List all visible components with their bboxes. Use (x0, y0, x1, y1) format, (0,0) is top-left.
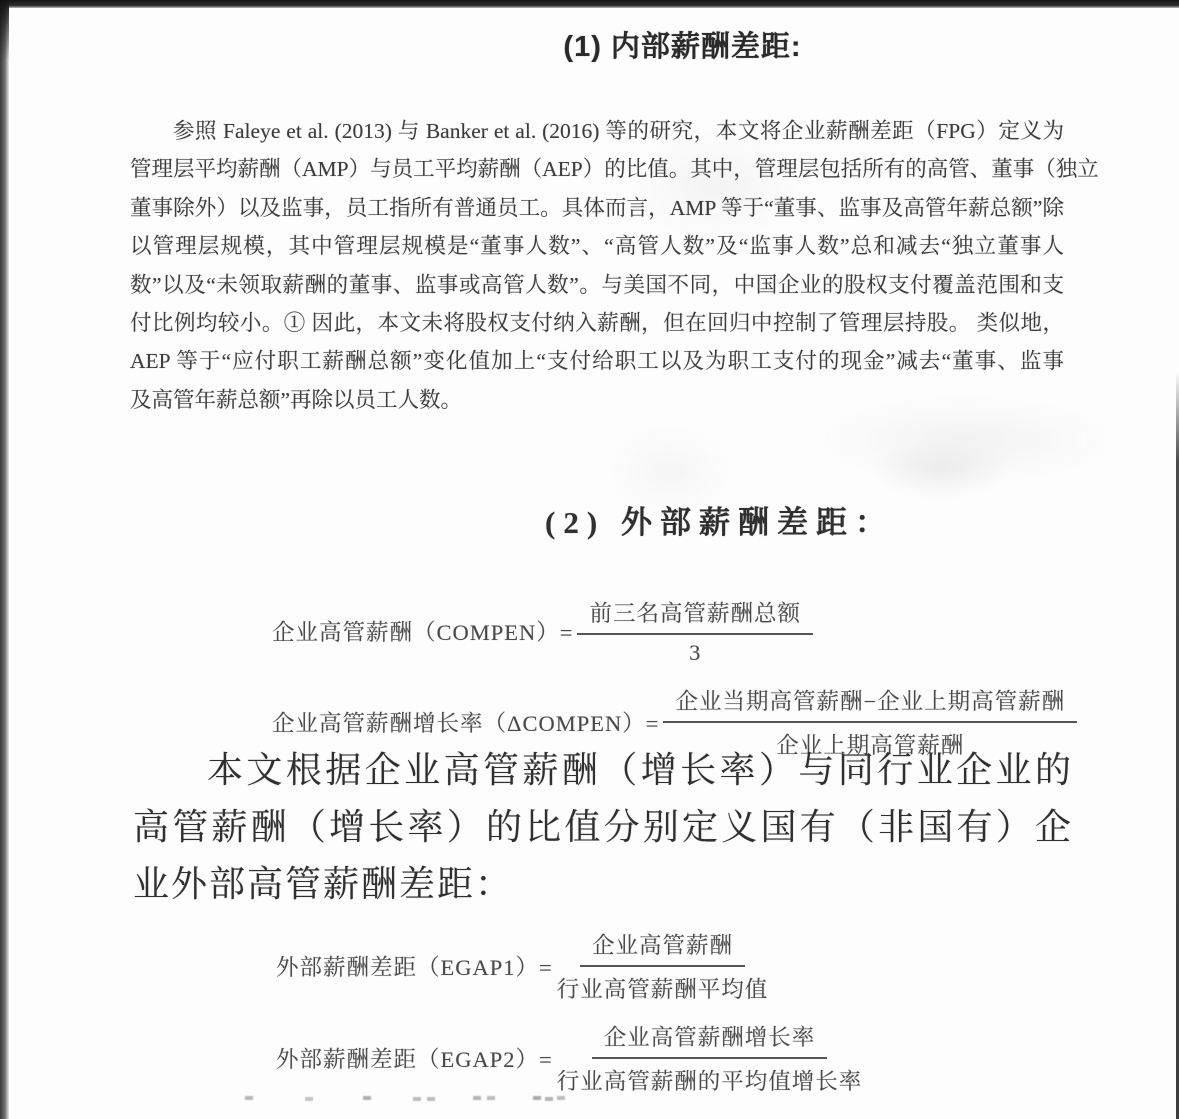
statement-external-gap-definition: 本文根据企业高管薪酬（增长率）与同行业企业的 高管薪酬（增长率）的比值分别定义国… (133, 742, 1073, 913)
fraction-denominator: 3 (689, 635, 701, 666)
fraction-denominator: 行业高管薪酬平均值 (557, 967, 769, 1004)
paragraph-internal-pay-gap: 参照 Faleye et al. (2013) 与 Banker et al. … (130, 112, 1064, 419)
formula-label: 外部薪酬差距（EGAP1）= (276, 950, 553, 982)
paragraph-line: 数”以及“未领取薪酬的董事、监事或高管人数”。与美国不同，中国企业的股权支付覆盖… (130, 266, 1064, 304)
formula-label: 外部薪酬差距（EGAP2）= (276, 1042, 553, 1074)
paragraph-line: 董事除外）以及监事，员工指所有普通员工。具体而言，AMP 等于“董事、监事及高管… (130, 189, 1064, 227)
fraction-numerator: 前三名高管薪酬总额 (577, 596, 813, 635)
formula-egap2: 外部薪酬差距（EGAP2）= 企业高管薪酬增长率 行业高管薪酬的平均值增长率 (276, 1020, 862, 1096)
paragraph-line: 管理层平均薪酬（AMP）与员工平均薪酬（AEP）的比值。其中，管理层包括所有的高… (130, 150, 1064, 188)
fraction: 企业高管薪酬 行业高管薪酬平均值 (557, 928, 769, 1004)
fraction: 前三名高管薪酬总额 3 (577, 596, 813, 666)
fraction-numerator: 企业高管薪酬 (580, 928, 745, 967)
cutoff-text-fragment (245, 1096, 253, 1100)
fraction-numerator: 企业高管薪酬增长率 (592, 1020, 828, 1059)
fraction-denominator: 行业高管薪酬的平均值增长率 (557, 1059, 863, 1096)
formula-label: 企业高管薪酬增长率（ΔCOMPEN）= (272, 706, 659, 738)
paragraph-line: 及高管年薪总额”再除以员工人数。 (130, 381, 1064, 419)
formula-egap1: 外部薪酬差距（EGAP1）= 企业高管薪酬 行业高管薪酬平均值 (276, 928, 768, 1004)
document-page: (1) 内部薪酬差距: 参照 Faleye et al. (2013) 与 Ba… (0, 0, 1179, 1119)
heading-internal-pay-gap: (1) 内部薪酬差距: (93, 24, 1179, 65)
fraction: 企业高管薪酬增长率 行业高管薪酬的平均值增长率 (557, 1020, 863, 1096)
statement-line: 本文根据企业高管薪酬（增长率）与同行业企业的 (133, 742, 1073, 799)
statement-line: 高管薪酬（增长率）的比值分别定义国有（非国有）企 (133, 799, 1073, 856)
formula-compen: 企业高管薪酬（COMPEN）= 前三名高管薪酬总额 3 (272, 596, 813, 666)
paragraph-line: 付比例均较小。① 因此，本文未将股权支付纳入薪酬，但在回归中控制了管理层持股。 … (130, 304, 1064, 342)
formula-label: 企业高管薪酬（COMPEN）= (272, 615, 573, 647)
paragraph-line: 以管理层规模，其中管理层规模是“董事人数”、“高管人数”及“监事人数”总和减去“… (130, 227, 1064, 265)
heading-external-pay-gap: (2) 外部薪酬差距： (130, 497, 1179, 542)
paragraph-line: AEP 等于“应付职工薪酬总额”变化值加上“支付给职工以及为职工支付的现金”减去… (130, 342, 1064, 380)
fraction-numerator: 企业当期高管薪酬−企业上期高管薪酬 (663, 684, 1077, 723)
paper-smudge (870, 440, 1010, 500)
statement-line: 业外部高管薪酬差距： (133, 856, 1073, 913)
paragraph-line: 参照 Faleye et al. (2013) 与 Banker et al. … (130, 112, 1064, 150)
